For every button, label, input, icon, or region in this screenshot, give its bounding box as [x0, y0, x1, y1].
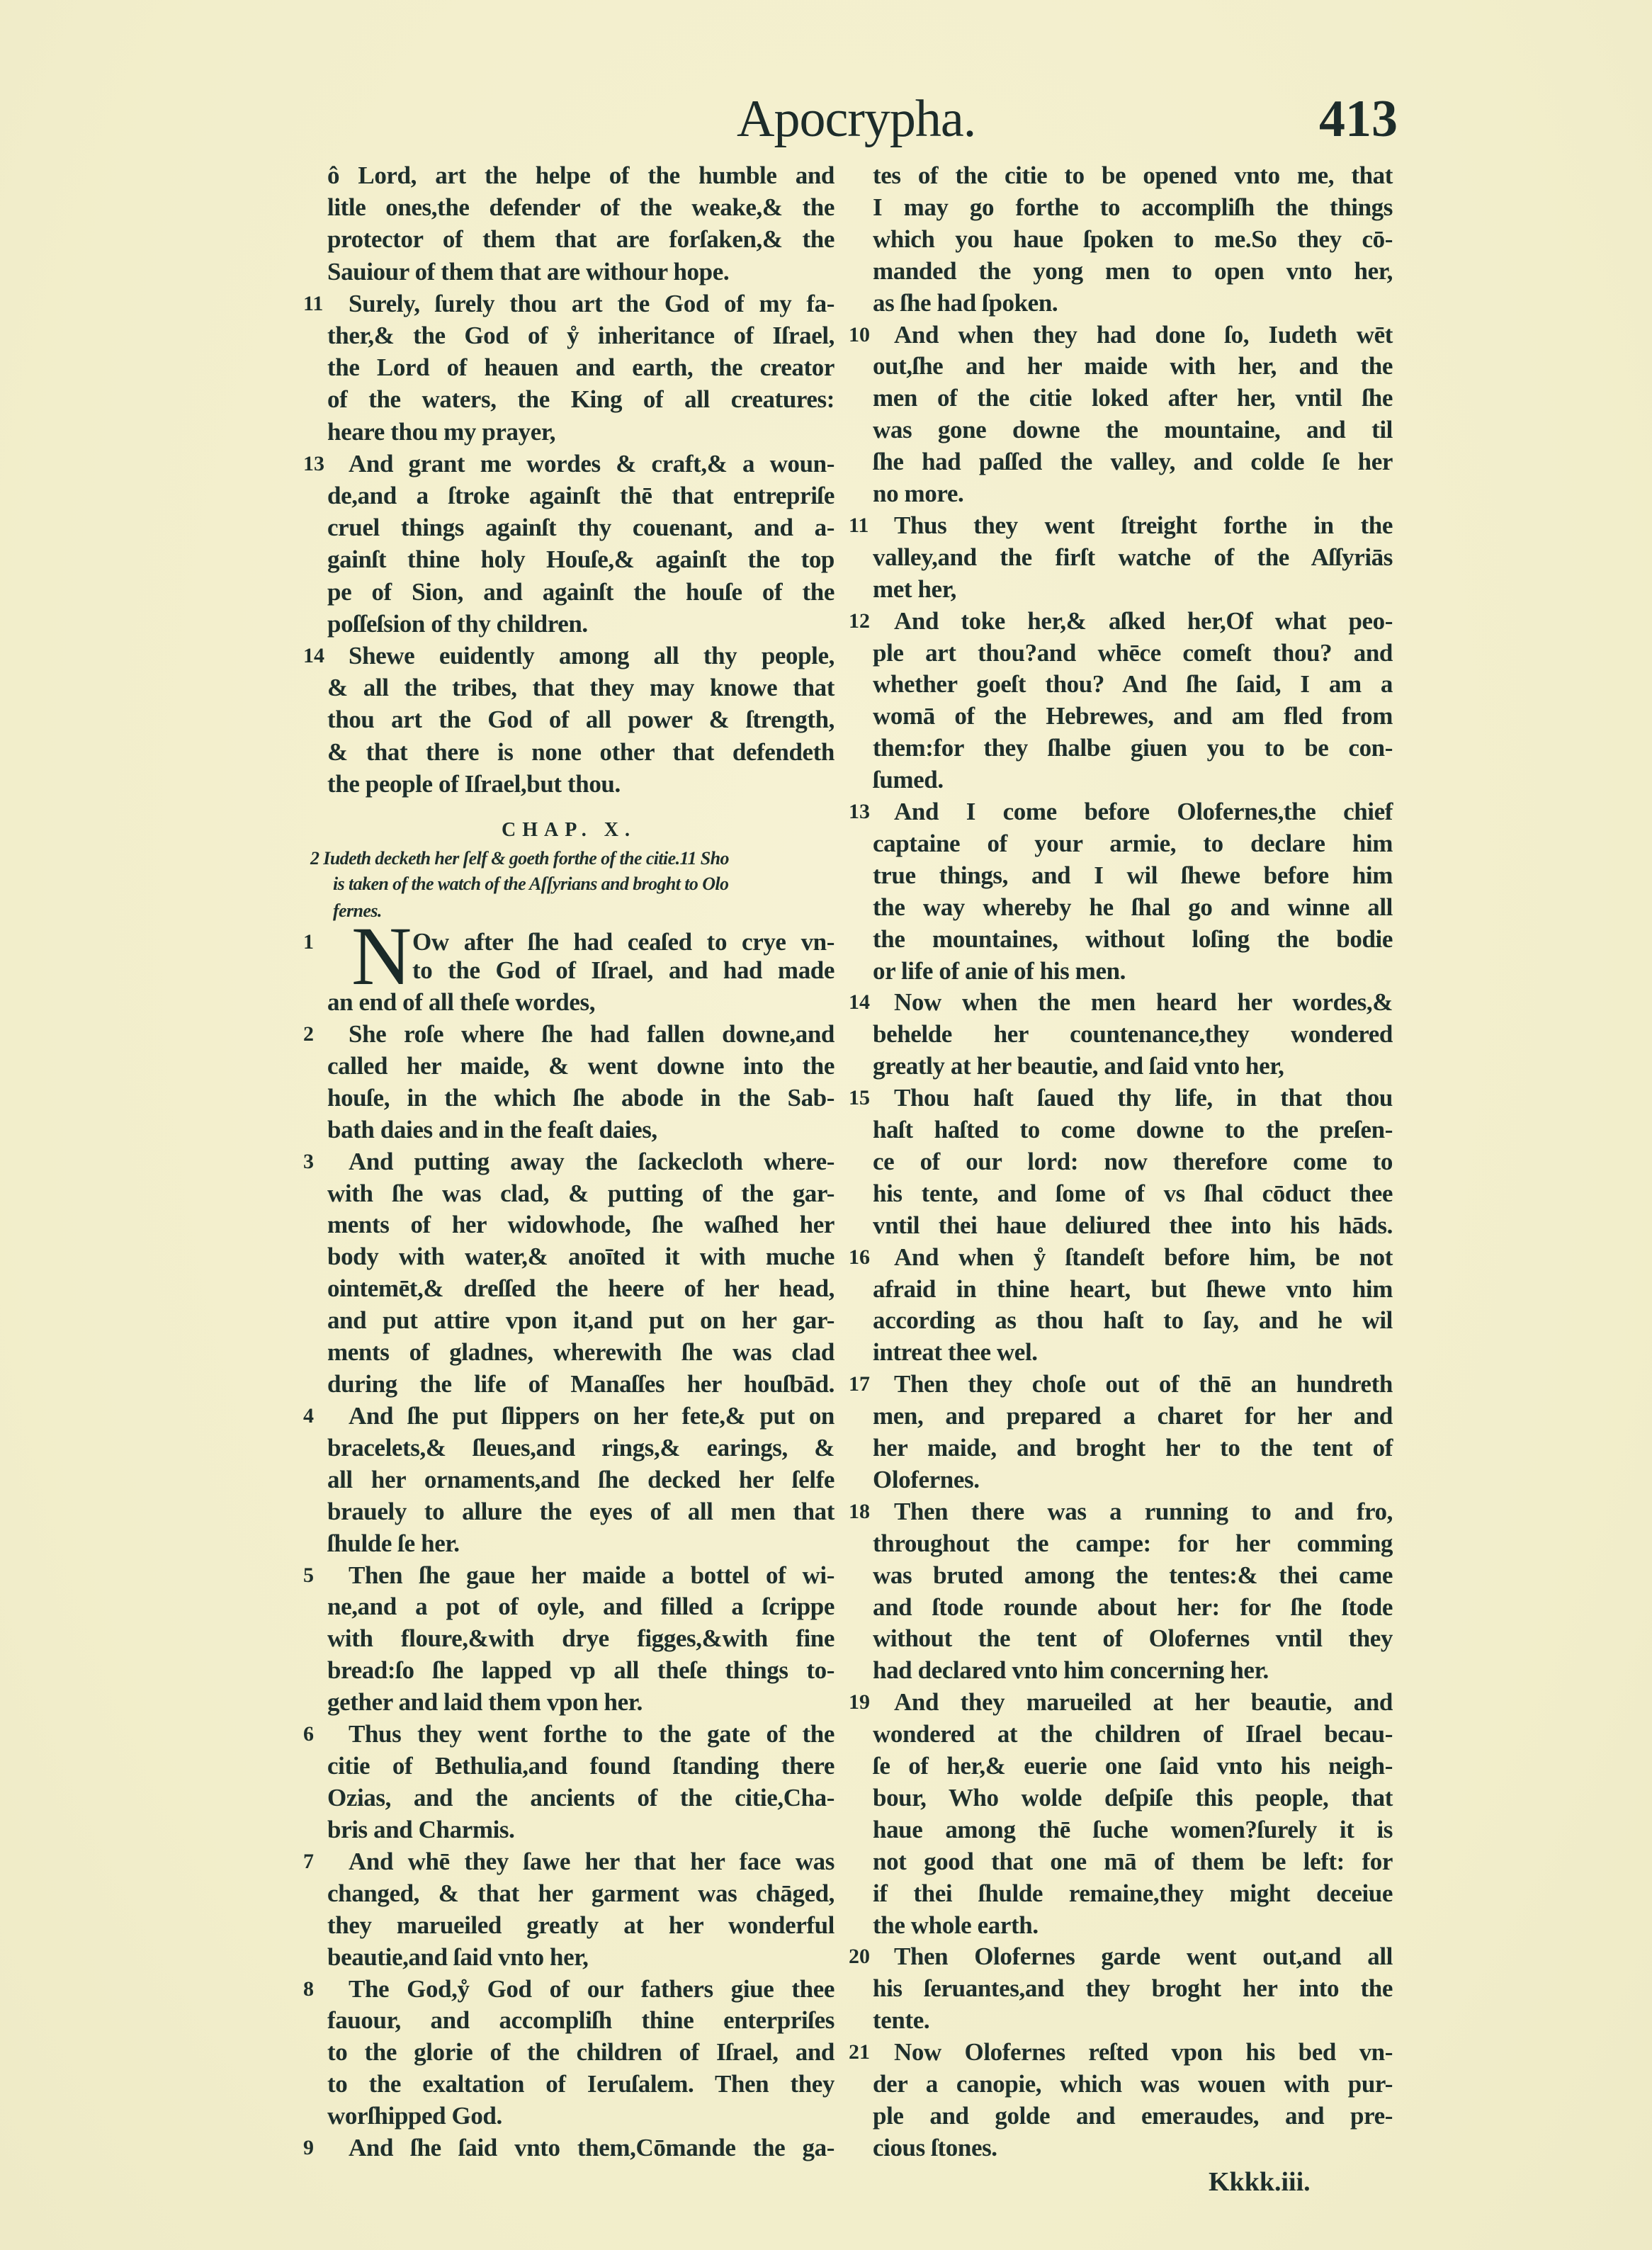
text-line: according as thou haſt to ſay, and he wi…	[873, 1305, 1393, 1336]
text-line: the way whereby he ſhal go and winne all	[873, 892, 1393, 923]
text-line: ce of our lord: now therefore come to	[873, 1146, 1393, 1177]
text-line: not good that one mā of them be left: fo…	[873, 1846, 1393, 1877]
text-line: And whē they ſawe her that her face was	[349, 1846, 835, 1877]
text-line: bath daies and in the feaſt daies,	[327, 1114, 657, 1146]
text-line: protector of them that are forſaken,& th…	[327, 224, 835, 255]
page-number: 413	[1319, 84, 1397, 154]
verse-number: 13	[849, 796, 870, 827]
text-line: houſe, in the which ſhe abode in the Sab…	[327, 1082, 835, 1114]
verse-number: 19	[849, 1687, 870, 1718]
text-line: men of the citie loked after her, vntil …	[873, 383, 1393, 414]
verse-number: 16	[849, 1242, 870, 1273]
text-line: was gone downe the mountaine, and til	[873, 414, 1393, 446]
text-line: wondered at the children of Iſrael becau…	[873, 1719, 1393, 1750]
text-line: during the life of Manaſſes her houſbād.	[327, 1369, 835, 1400]
text-line: an end of all theſe wordes,	[327, 987, 595, 1018]
text-line: met her,	[873, 574, 956, 605]
text-line: his ſeruantes,and they broght her into t…	[873, 1973, 1393, 2004]
text-line: Thou haſt ſaued thy life, in that thou	[894, 1082, 1393, 1114]
text-line: And I come before Olofernes,the chief	[894, 796, 1393, 827]
text-line: And they marueiled at her beautie, and	[894, 1687, 1393, 1718]
verse-number: 21	[849, 2037, 870, 2068]
text-line: tes of the citie to be opened vnto me, t…	[873, 160, 1393, 191]
text-line: Sauiour of them that are withour hope.	[327, 256, 729, 288]
text-line: & that there is none other that defendet…	[327, 737, 835, 768]
text-line: to the exaltation of Ieruſalem. Then the…	[327, 2069, 835, 2100]
text-line: body with water,& anoīted it with muche	[327, 1241, 835, 1272]
text-line: tente.	[873, 2005, 929, 2036]
text-line: Now Olofernes reſted vpon his bed vn-	[894, 2037, 1393, 2068]
text-line: Ow after ſhe had ceaſed to crye vn-	[412, 927, 835, 958]
text-line: afraid in thine heart, but ſhewe vnto hi…	[873, 1274, 1393, 1305]
text-line: bour, Who wolde deſpiſe this people, tha…	[873, 1782, 1393, 1814]
text-line: with ſhe was clad, & putting of the gar-	[327, 1178, 835, 1209]
text-line: behelde her countenance,they wondered	[873, 1019, 1393, 1050]
text-line: haſt haſted to come downe to the preſen-	[873, 1114, 1393, 1146]
text-line: and ſtode rounde about her: for ſhe ſtod…	[873, 1592, 1393, 1623]
text-line: to the glorie of the children of Iſrael,…	[327, 2037, 835, 2068]
text-line: litle ones,the defender of the weake,& t…	[327, 192, 835, 223]
text-line: thou art the God of all power & ſtrength…	[327, 704, 835, 735]
running-title: Apocrypha.	[737, 84, 1006, 154]
text-line: Shewe euidently among all thy people,	[349, 640, 835, 672]
text-line: cious ſtones.	[873, 2132, 997, 2164]
text-line: the Lord of heauen and earth, the creato…	[327, 352, 835, 383]
text-line: valley,and the firſt watche of the Aſſyr…	[873, 542, 1393, 573]
text-line: throughout the campe: for her comming	[873, 1528, 1393, 1559]
text-line: Then Olofernes garde went out,and all	[894, 1941, 1393, 1972]
verse-number: 4	[303, 1401, 314, 1432]
text-line: ointemēt,& dreſſed the heere of her head…	[327, 1273, 835, 1304]
verse-number: 11	[849, 510, 869, 541]
text-line: ple art thou?and whēce comeſt thou? and	[873, 638, 1393, 669]
text-line: ther,& the God of ẙ inheritance of Iſrae…	[327, 320, 835, 351]
text-line: Then they choſe out of thē an hundreth	[894, 1369, 1393, 1400]
text-line: bread:ſo ſhe lapped vp all theſe things …	[327, 1655, 835, 1686]
text-line: without the tent of Olofernes vntil they	[873, 1623, 1393, 1654]
text-line: And putting away the ſackecloth where-	[349, 1146, 835, 1177]
text-line: ple and golde and emeraudes, and pre-	[873, 2101, 1393, 2132]
chapter-summary-line: is taken of the watch of the Aſſyrians a…	[333, 871, 728, 898]
text-line: bracelets,& ſleues,and rings,& earings, …	[327, 1432, 835, 1464]
text-line: And grant me wordes & craft,& a woun-	[349, 448, 835, 480]
text-line: fauour, and accompliſh thine enterpriſes	[327, 2005, 835, 2036]
text-line: out,ſhe and her maide with her, and the	[873, 351, 1393, 382]
text-line: Thus they went ſtreight forthe in the	[894, 510, 1393, 541]
text-line: womā of the Hebrewes, and am fled from	[873, 701, 1393, 732]
text-line: manded the yong men to open vnto her,	[873, 256, 1393, 287]
text-line: intreat thee wel.	[873, 1337, 1038, 1368]
text-line: She roſe where ſhe had fallen downe,and	[349, 1019, 835, 1050]
text-line: with floure,&with drye figges,&with fine	[327, 1623, 835, 1654]
text-line: which you haue ſpoken to me.So they cō-	[873, 224, 1393, 255]
verse-number: 2	[303, 1019, 314, 1050]
text-line: was bruted among the tentes:& thei came	[873, 1560, 1393, 1591]
text-line: bris and Charmis.	[327, 1814, 515, 1845]
text-line: true things, and I wil ſhewe before him	[873, 860, 1393, 891]
verse-number: 3	[303, 1146, 314, 1177]
text-line: and put attire vpon it,and put on her ga…	[327, 1305, 835, 1336]
text-line: if thei ſhulde remaine,they might deceiu…	[873, 1878, 1393, 1909]
verse-number: 8	[303, 1974, 314, 2005]
text-line: the mountaines, without loſing the bodie	[873, 924, 1393, 955]
text-line: gether and laid them vpon her.	[327, 1687, 643, 1718]
verse-number: 9	[303, 2132, 314, 2164]
text-line: vntil thei haue deliured thee into his h…	[873, 1210, 1393, 1241]
text-line: Then ſhe gaue her maide a bottel of wi-	[349, 1560, 835, 1591]
text-line: ments of gladnes, wherewith ſhe was clad	[327, 1337, 835, 1368]
text-line: her maide, and broght her to the tent of	[873, 1432, 1393, 1464]
text-line: his tente, and ſome of vs ſhal cōduct th…	[873, 1178, 1393, 1209]
text-line: ſe of her,& euerie one ſaid vnto his nei…	[873, 1751, 1393, 1782]
text-line: poſſeſsion of thy children.	[327, 609, 588, 640]
text-line: de,and a ſtroke againſt thē that entrepr…	[327, 480, 835, 511]
text-line: of the waters, the King of all creatures…	[327, 384, 835, 415]
text-line: der a canopie, which was wouen with pur-	[873, 2069, 1393, 2100]
text-line: Thus they went forthe to the gate of the	[349, 1719, 835, 1750]
text-line: all her ornaments,and ſhe decked her ſel…	[327, 1464, 835, 1496]
text-line: And toke her,& aſked her,Of what peo-	[894, 606, 1393, 637]
text-line: & all the tribes, that they may knowe th…	[327, 672, 835, 703]
text-line: ſhe had paſſed the valley, and colde ſe …	[873, 446, 1393, 477]
text-line: cruel things againſt thy couenant, and a…	[327, 512, 835, 543]
drop-cap: N	[351, 921, 412, 992]
text-line: ſhulde ſe her.	[327, 1528, 460, 1559]
text-line: ſumed.	[873, 764, 944, 796]
text-line: had declared vnto him concerning her.	[873, 1655, 1269, 1686]
verse-number: 7	[303, 1846, 314, 1877]
text-line: no more.	[873, 478, 963, 509]
text-line: them:for they ſhalbe giuen you to be con…	[873, 733, 1393, 764]
text-line: called her maide, & went downe into the	[327, 1051, 835, 1082]
text-line: haue among thē ſuche women?ſurely it is	[873, 1814, 1393, 1845]
text-line: Ozias, and the ancients of the citie,Cha…	[327, 1782, 835, 1814]
text-line: to the God of Iſrael, and had made	[412, 955, 835, 986]
text-line: men, and prepared a charet for her and	[873, 1401, 1393, 1432]
verse-number: 20	[849, 1941, 870, 1972]
text-line: ments of her widowhode, ſhe waſhed her	[327, 1209, 835, 1240]
signature-mark: Kkkk.iii.	[1209, 2165, 1311, 2199]
text-line: whether goeſt thou? And ſhe ſaid, I am a	[873, 669, 1393, 700]
verse-number: 14	[849, 987, 870, 1018]
verse-number: 10	[849, 320, 870, 351]
verse-number: 11	[303, 288, 323, 320]
verse-number: 13	[303, 448, 324, 480]
text-line: captaine of your armie, to declare him	[873, 828, 1393, 859]
text-line: Then there was a running to and fro,	[894, 1496, 1393, 1527]
text-line: ne,and a pot of oyle, and filled a ſcrip…	[327, 1591, 835, 1622]
chapter-heading: CHAP. X.	[502, 816, 664, 844]
text-line: And when ẙ ſtandeſt before him, be not	[894, 1242, 1393, 1273]
text-line: they marueiled greatly at her wonderful	[327, 1910, 835, 1941]
verse-number: 1	[303, 927, 314, 958]
book-page: Apocrypha. 413 CHAP. X. 2 Iudeth decketh…	[0, 0, 1652, 2250]
text-line: ô Lord, art the helpe of the humble and	[327, 160, 835, 191]
text-line: as ſhe had ſpoken.	[873, 288, 1058, 319]
text-line: Now when the men heard her wordes,&	[894, 987, 1393, 1018]
chapter-summary-line: 2 Iudeth decketh her ſelf & goeth forthe…	[310, 845, 729, 872]
text-line: And when they had done ſo, Iudeth wēt	[894, 320, 1393, 351]
text-line: Olofernes.	[873, 1464, 980, 1496]
text-line: Surely, ſurely thou art the God of my fa…	[349, 288, 835, 320]
verse-number: 17	[849, 1369, 870, 1400]
text-line: greatly at her beautie, and ſaid vnto he…	[873, 1051, 1284, 1082]
text-line: worſhipped God.	[327, 2101, 502, 2132]
text-line: brauely to allure the eyes of all men th…	[327, 1496, 835, 1527]
text-line: And ſhe put ſlippers on her fete,& put o…	[349, 1401, 835, 1432]
text-line: I may go forthe to accompliſh the things	[873, 192, 1393, 223]
verse-number: 12	[849, 606, 870, 637]
text-line: citie of Bethulia,and found ſtanding the…	[327, 1751, 835, 1782]
text-line: pe of Sion, and againſt the houſe of the	[327, 577, 835, 608]
verse-number: 5	[303, 1560, 314, 1591]
text-line: heare thou my prayer,	[327, 417, 555, 448]
text-line: The God,ẙ God of our fathers giue thee	[349, 1974, 835, 2005]
text-line: or life of anie of his men.	[873, 956, 1126, 987]
text-line: changed, & that her garment was chāged,	[327, 1878, 835, 1909]
verse-number: 6	[303, 1719, 314, 1750]
text-line: the whole earth.	[873, 1910, 1039, 1941]
text-line: the people of Iſrael,but thou.	[327, 769, 621, 800]
text-line: And ſhe ſaid vnto them,Cōmande the ga-	[349, 2132, 835, 2164]
verse-number: 18	[849, 1496, 870, 1527]
text-line: beautie,and ſaid vnto her,	[327, 1942, 589, 1973]
text-line: gainſt thine holy Houſe,& againſt the to…	[327, 544, 835, 575]
verse-number: 15	[849, 1082, 870, 1114]
verse-number: 14	[303, 640, 324, 672]
